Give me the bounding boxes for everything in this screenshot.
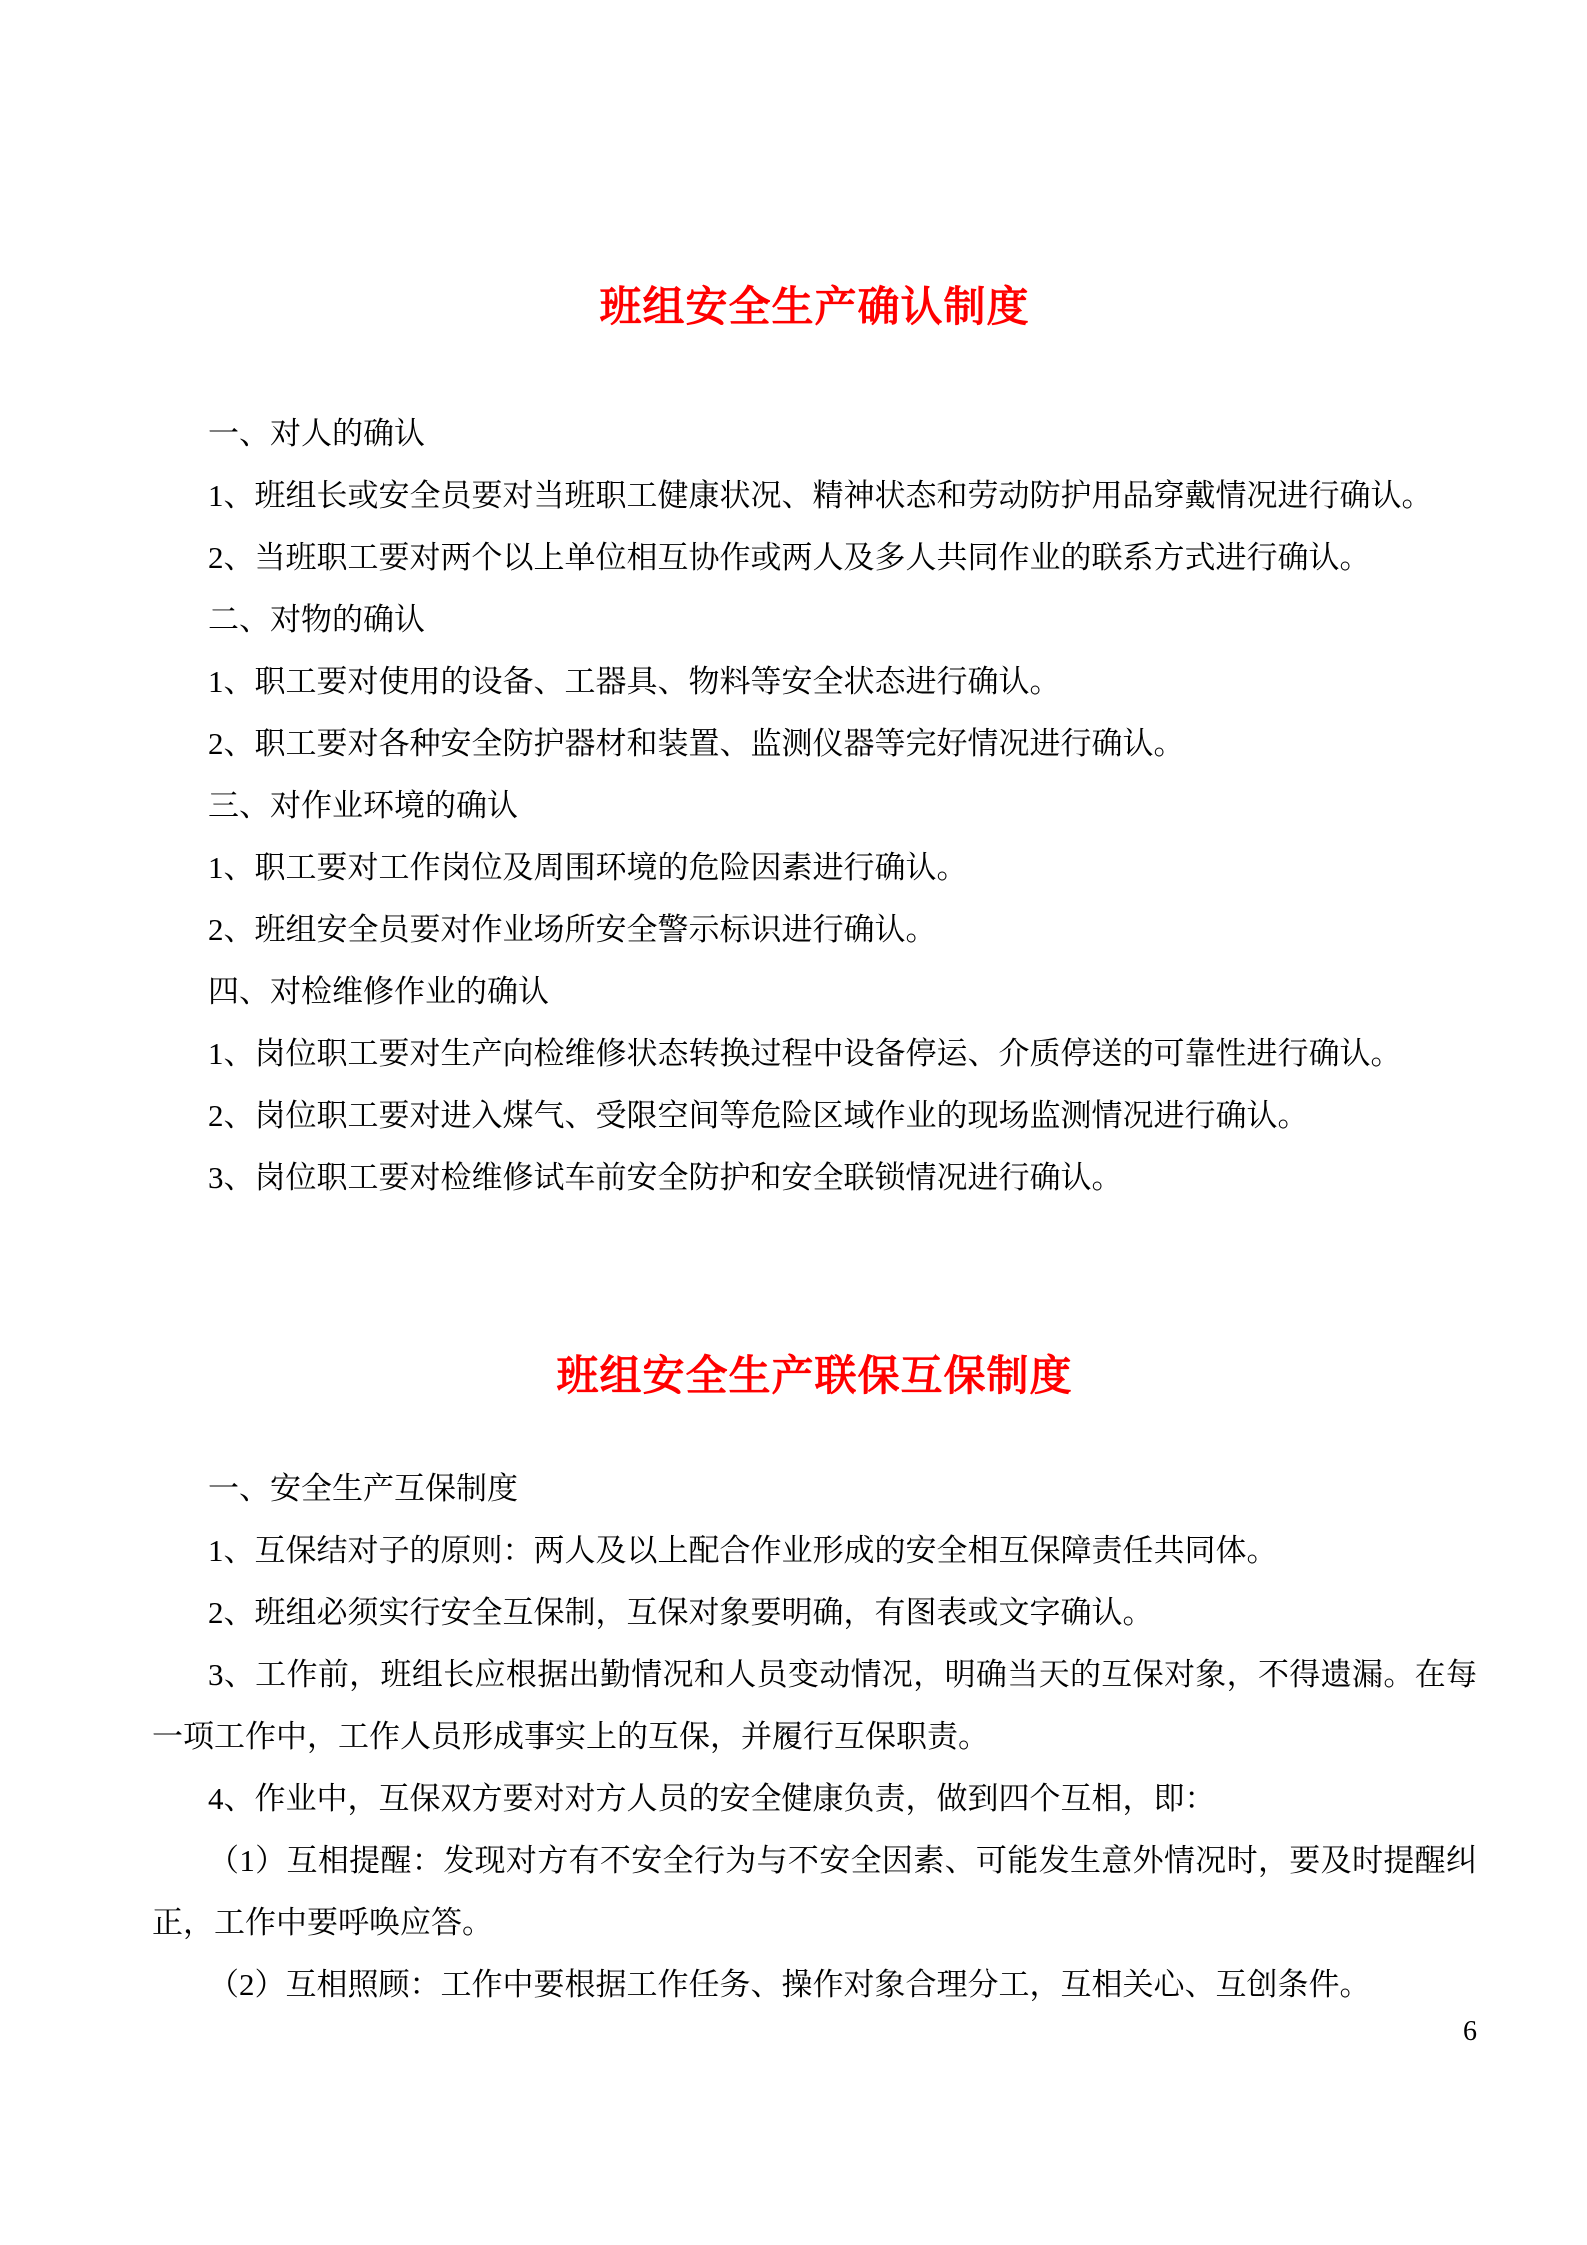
paragraph: 4、作业中，互保双方要对对方人员的安全健康负责，做到四个互相，即： — [152, 1768, 1477, 1830]
paragraph: （2）互相照顾：工作中要根据工作任务、操作对象合理分工，互相关心、互创条件。 — [152, 1954, 1477, 2016]
paragraph: 2、当班职工要对两个以上单位相互协作或两人及多人共同作业的联系方式进行确认。 — [152, 527, 1477, 589]
paragraph: 1、职工要对使用的设备、工器具、物料等安全状态进行确认。 — [152, 651, 1477, 713]
section-1-body: 一、对人的确认 1、班组长或安全员要对当班职工健康状况、精神状态和劳动防护用品穿… — [152, 403, 1477, 1209]
paragraph: 一、安全生产互保制度 — [152, 1458, 1477, 1520]
paragraph: 三、对作业环境的确认 — [152, 775, 1477, 837]
section-2-body: 一、安全生产互保制度 1、互保结对子的原则：两人及以上配合作业形成的安全相互保障… — [152, 1458, 1477, 2016]
paragraph: 3、岗位职工要对检维修试车前安全防护和安全联锁情况进行确认。 — [152, 1147, 1477, 1209]
paragraph: 1、职工要对工作岗位及周围环境的危险因素进行确认。 — [152, 837, 1477, 899]
paragraph: 2、班组安全员要对作业场所安全警示标识进行确认。 — [152, 899, 1477, 961]
paragraph: 2、职工要对各种安全防护器材和装置、监测仪器等完好情况进行确认。 — [152, 713, 1477, 775]
paragraph: 1、班组长或安全员要对当班职工健康状况、精神状态和劳动防护用品穿戴情况进行确认。 — [152, 465, 1477, 527]
paragraph: 3、工作前，班组长应根据出勤情况和人员变动情况，明确当天的互保对象，不得遗漏。在… — [152, 1644, 1477, 1768]
section-2-title: 班组安全生产联保互保制度 — [152, 1353, 1477, 1399]
paragraph: 2、班组必须实行安全互保制，互保对象要明确，有图表或文字确认。 — [152, 1582, 1477, 1644]
paragraph: （1）互相提醒：发现对方有不安全行为与不安全因素、可能发生意外情况时，要及时提醒… — [152, 1830, 1477, 1954]
paragraph: 2、岗位职工要对进入煤气、受限空间等危险区域作业的现场监测情况进行确认。 — [152, 1085, 1477, 1147]
paragraph: 一、对人的确认 — [152, 403, 1477, 465]
page-content: 班组安全生产确认制度 一、对人的确认 1、班组长或安全员要对当班职工健康状况、精… — [0, 284, 1587, 2016]
section-1-title: 班组安全生产确认制度 — [152, 284, 1477, 330]
paragraph: 1、互保结对子的原则：两人及以上配合作业形成的安全相互保障责任共同体。 — [152, 1520, 1477, 1582]
paragraph: 四、对检维修作业的确认 — [152, 961, 1477, 1023]
paragraph: 1、岗位职工要对生产向检维修状态转换过程中设备停运、介质停送的可靠性进行确认。 — [152, 1023, 1477, 1085]
page-number: 6 — [1463, 2016, 1477, 2047]
document-page: 班组安全生产确认制度 一、对人的确认 1、班组长或安全员要对当班职工健康状况、精… — [0, 0, 1587, 2245]
paragraph: 二、对物的确认 — [152, 589, 1477, 651]
page-footer: 6 — [1463, 2014, 1477, 2050]
